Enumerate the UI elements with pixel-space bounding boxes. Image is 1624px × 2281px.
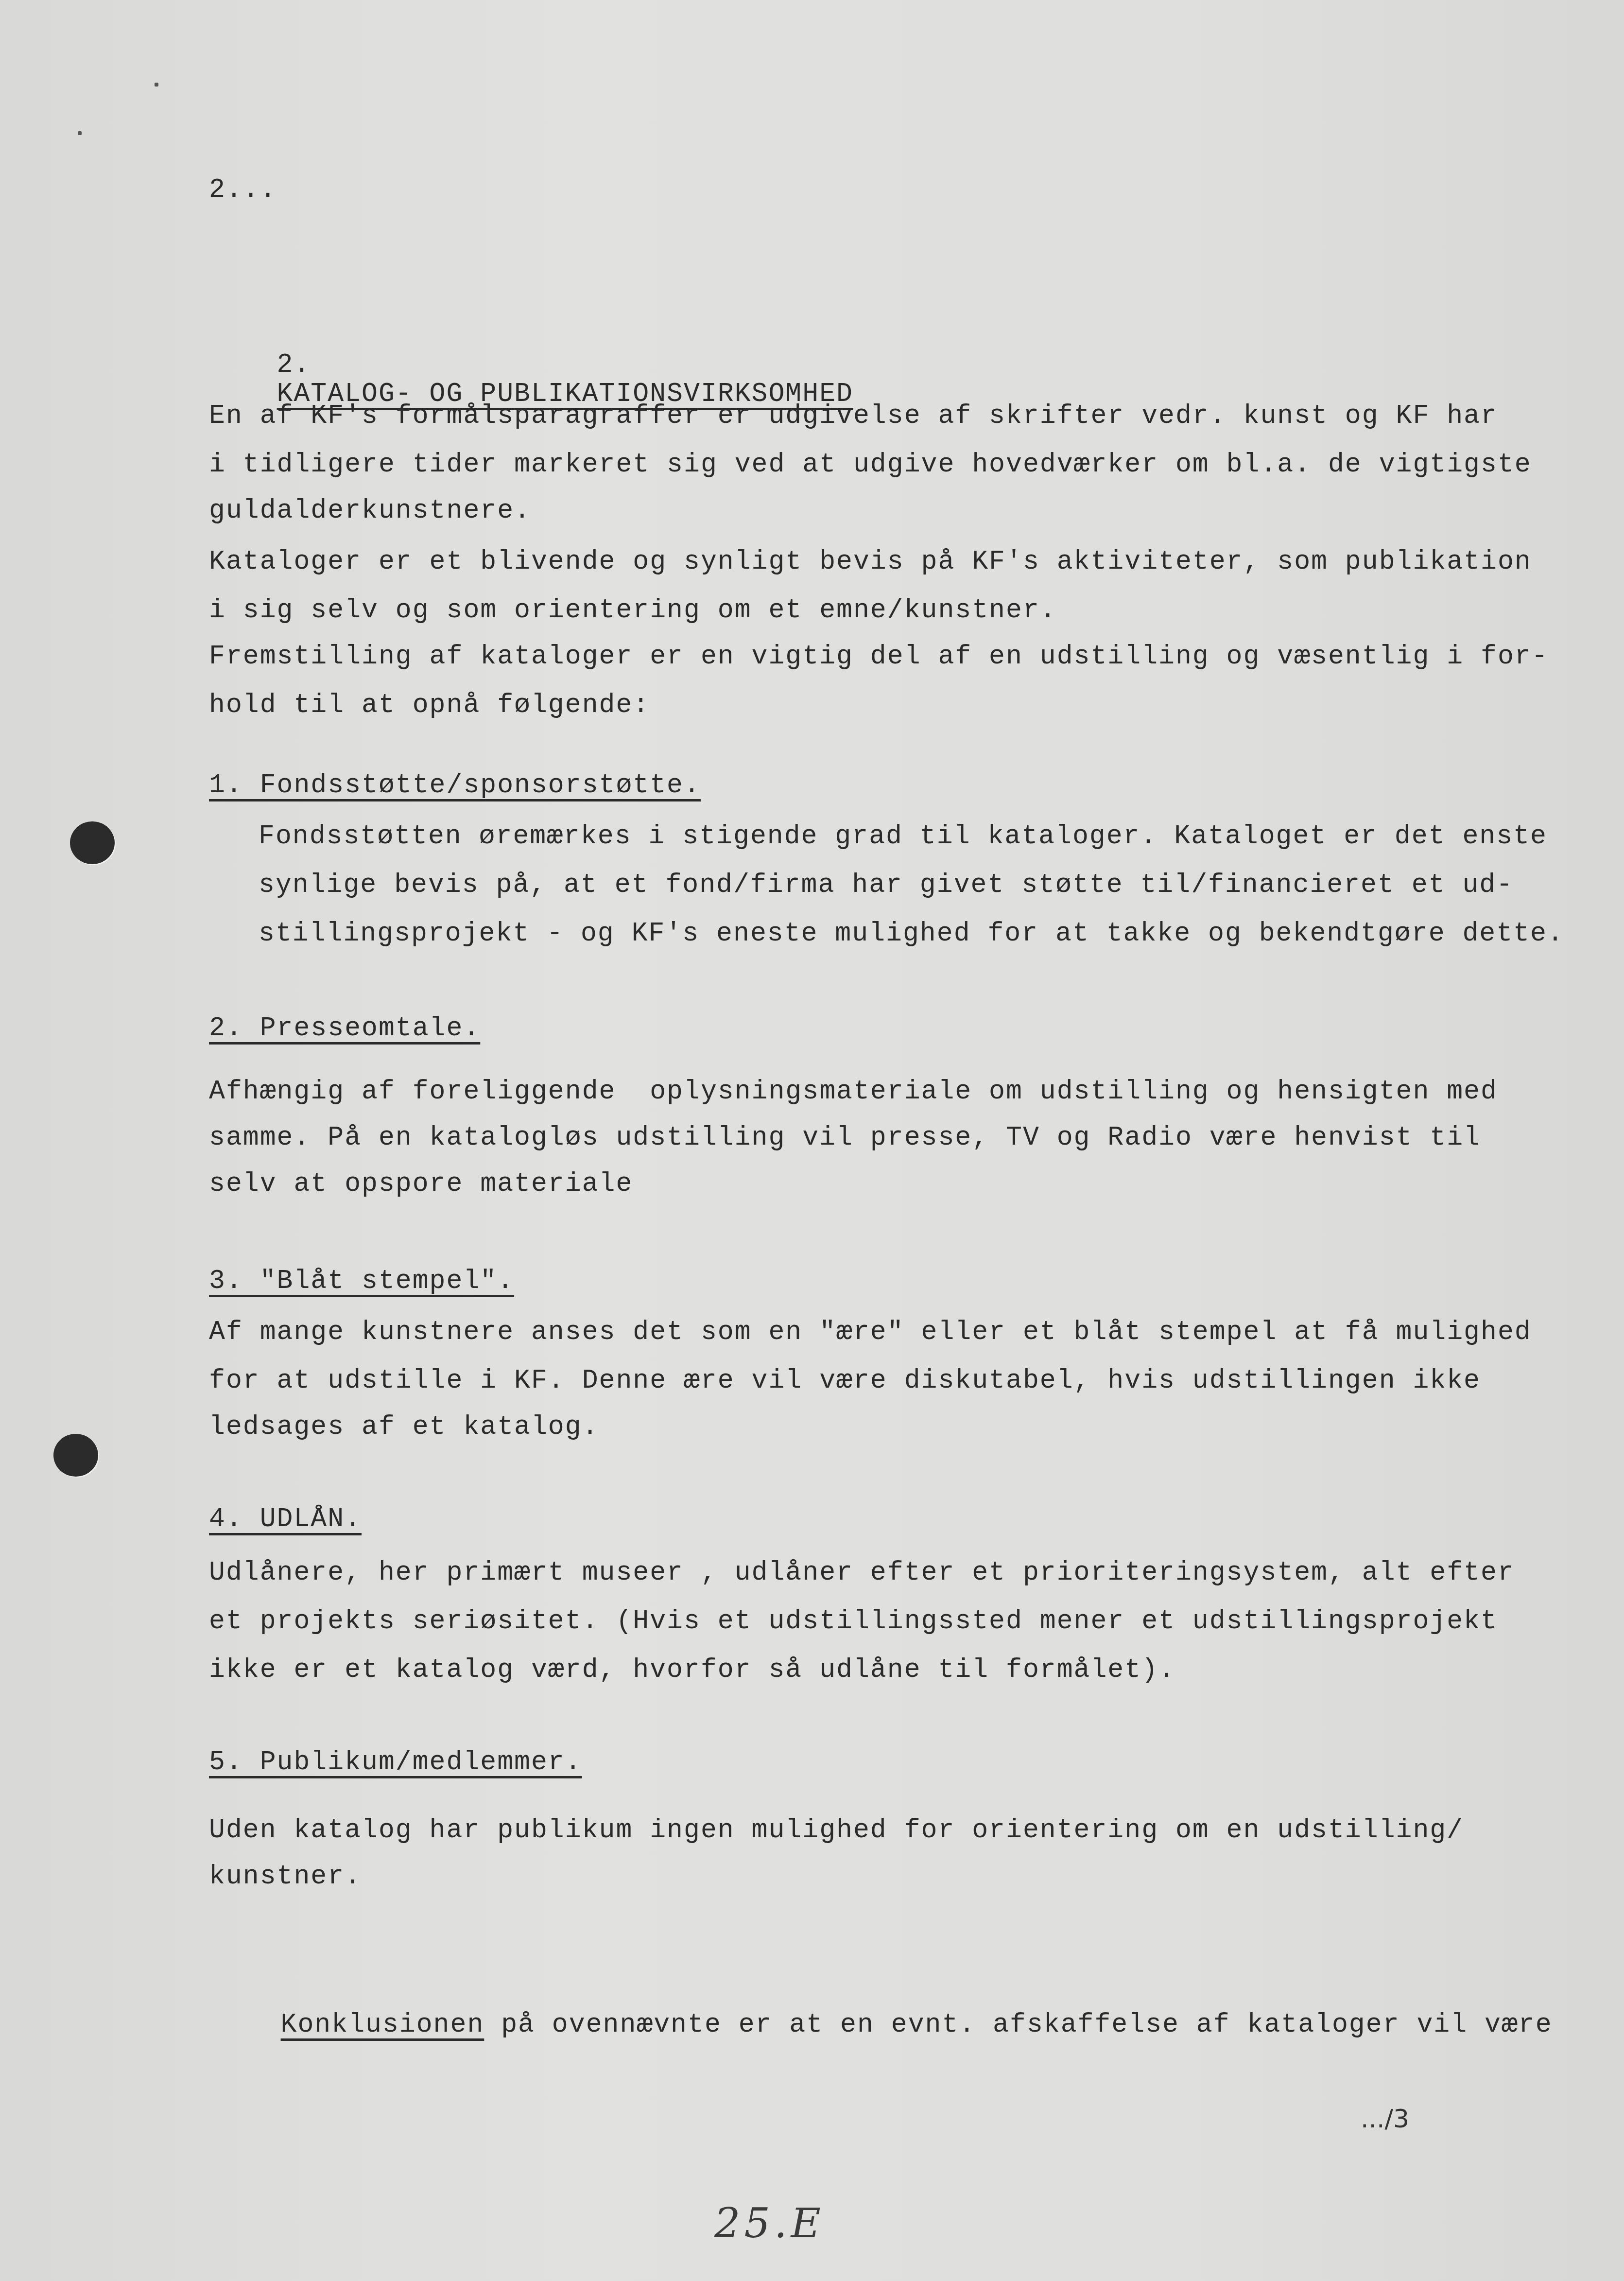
point-text: Af mange kunstnere anses det som en "ære… bbox=[209, 1317, 1532, 1346]
point-text: Uden katalog har publikum ingen mulighed… bbox=[209, 1815, 1464, 1845]
point-text: selv at opspore materiale bbox=[209, 1169, 633, 1198]
handwritten-archive-note: 25.E bbox=[714, 2199, 825, 2247]
section-number: 2. bbox=[277, 349, 311, 380]
conclusion-line: Konklusionen på ovennævnte er at en evnt… bbox=[213, 1981, 1553, 2068]
punch-hole bbox=[70, 821, 115, 864]
intro-line: i sig selv og som orientering om et emne… bbox=[209, 595, 1057, 625]
point-text: ikke er et katalog værd, hvorfor så udlå… bbox=[209, 1655, 1175, 1684]
point-text: stillingsprojekt - og KF's eneste muligh… bbox=[259, 919, 1564, 948]
intro-line: En af KF's formålsparagraffer er udgivel… bbox=[209, 401, 1498, 430]
page-marker: 2... bbox=[209, 175, 277, 204]
point-text: Fondsstøtten øremærkes i stigende grad t… bbox=[259, 821, 1547, 851]
punch-hole bbox=[53, 1434, 98, 1477]
point-heading-udlan: 4. UDLÅN. bbox=[209, 1504, 362, 1533]
intro-line: i tidligere tider markeret sig ved at ud… bbox=[209, 450, 1532, 479]
intro-line: Fremstilling af kataloger er en vigtig d… bbox=[209, 642, 1549, 671]
point-text: Afhængig af foreliggende oplysningsmater… bbox=[209, 1077, 1498, 1106]
point-text: synlige bevis på, at et fond/firma har g… bbox=[259, 870, 1513, 899]
intro-line: Kataloger er et blivende og synligt bevi… bbox=[209, 547, 1532, 576]
conclusion-keyword: Konklusionen bbox=[281, 2009, 484, 2040]
staple-mark bbox=[155, 83, 158, 87]
point-heading-publikum: 5. Publikum/medlemmer. bbox=[209, 1747, 582, 1776]
conclusion-text: på ovennævnte er at en evnt. afskaffelse… bbox=[484, 2009, 1552, 2040]
point-text: ledsages af et katalog. bbox=[209, 1412, 599, 1441]
intro-line: hold til at opnå følgende: bbox=[209, 690, 650, 719]
point-heading-blat-stempel: 3. "Blåt stempel". bbox=[209, 1266, 514, 1295]
point-heading-fondsstotte: 1. Fondsstøtte/sponsorstøtte. bbox=[209, 770, 701, 800]
document-page: 2... 2. KATALOG- OG PUBLIKATIONSVIRKSOMH… bbox=[0, 0, 1624, 2281]
staple-mark bbox=[78, 131, 82, 135]
point-text: et projekts seriøsitet. (Hvis et udstill… bbox=[209, 1606, 1498, 1636]
point-text: kunstner. bbox=[209, 1862, 362, 1891]
continuation-marker: .../3 bbox=[1361, 2105, 1409, 2134]
point-text: samme. På en katalogløs udstilling vil p… bbox=[209, 1123, 1481, 1152]
point-heading-presseomtale: 2. Presseomtale. bbox=[209, 1013, 480, 1043]
point-text: Udlånere, her primært museer , udlåner e… bbox=[209, 1558, 1515, 1587]
intro-line: guldalderkunstnere. bbox=[209, 496, 531, 525]
point-text: for at udstille i KF. Denne ære vil være… bbox=[209, 1366, 1481, 1395]
